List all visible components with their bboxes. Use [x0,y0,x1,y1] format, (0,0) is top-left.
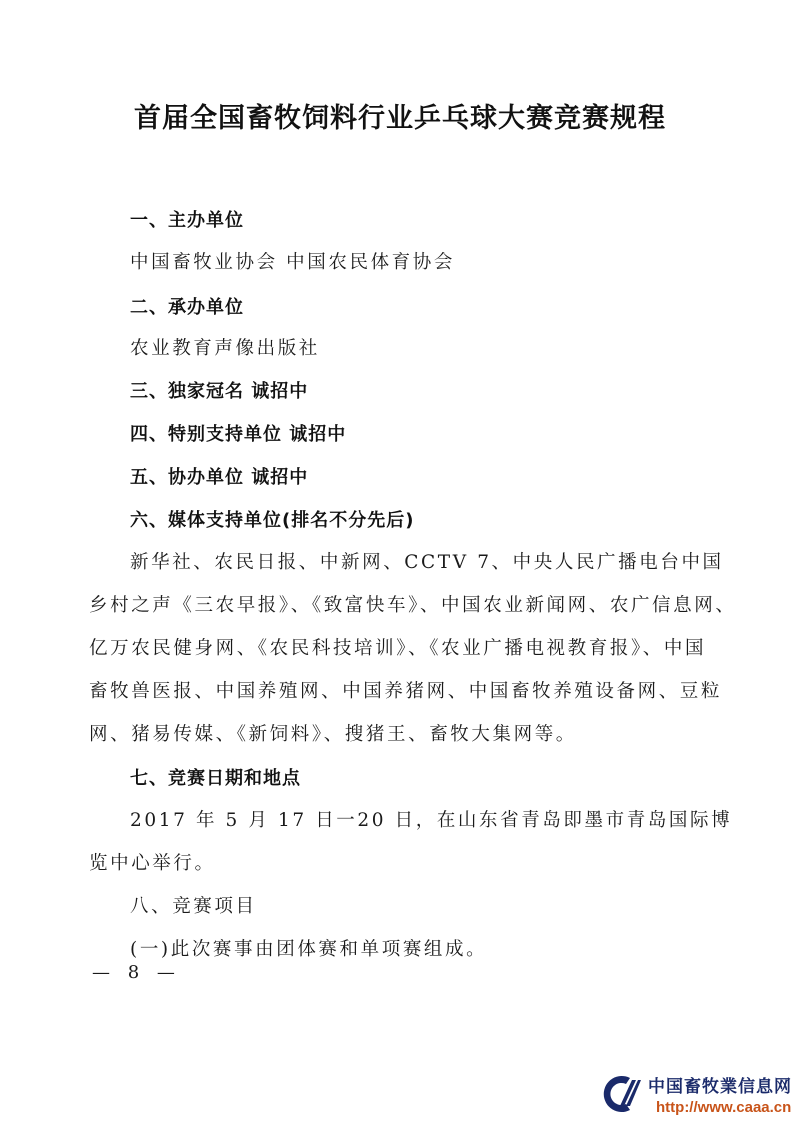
watermark-site-name: 中国畜牧業信息网 [648,1072,792,1097]
page-number: — 8 — [92,962,181,983]
section-body-host: 农业教育声像出版社 [130,334,770,360]
media-line: 亿万农民健身网、《农民科技培训》、《农业广播电视教育报》、中国 [89,634,729,660]
media-line: 畜牧兽医报、中国养殖网、中国养猪网、中国畜牧养殖设备网、豆粒 [89,677,729,703]
section-heading-title-sponsor: 三、独家冠名 诚招中 [130,377,770,403]
watermark-logo: 中国畜牧業信息网 http://www.caaa.cn [596,1068,796,1124]
section-heading-co-organizer: 五、协办单位 诚招中 [130,463,770,489]
section-heading-host: 二、承办单位 [130,293,770,319]
caaa-logo-icon [600,1072,644,1116]
media-line: 乡村之声《三农早报》、《致富快车》、中国农业新闻网、农广信息网、 [89,591,729,617]
media-line: 新华社、农民日报、中新网、CCTV 7、中央人民广播电台中国 [130,548,770,574]
section-heading-special-support: 四、特别支持单位 诚招中 [130,420,770,446]
date-location-line: 2017 年 5 月 17 日一20 日，在山东省青岛即墨市青岛国际博 [130,806,770,832]
date-location-line: 览中心举行。 [89,849,729,875]
section-heading-media: 六、媒体支持单位(排名不分先后) [130,506,770,532]
watermark-url: http://www.caaa.cn [656,1099,791,1116]
section-heading-date-location: 七、竞赛日期和地点 [130,764,770,790]
section-body-organizer: 中国畜牧业协会 中国农民体育协会 [130,248,770,274]
document-title: 首届全国畜牧饲料行业乒乓球大赛竞赛规程 [0,96,800,135]
section-heading-events: 八、竞赛项目 [130,892,770,918]
events-item: (一)此次赛事由团体赛和单项赛组成。 [130,935,770,961]
media-line: 网、猪易传媒、《新饲料》、搜猪王、畜牧大集网等。 [89,720,729,746]
section-heading-organizer: 一、主办单位 [130,206,770,232]
